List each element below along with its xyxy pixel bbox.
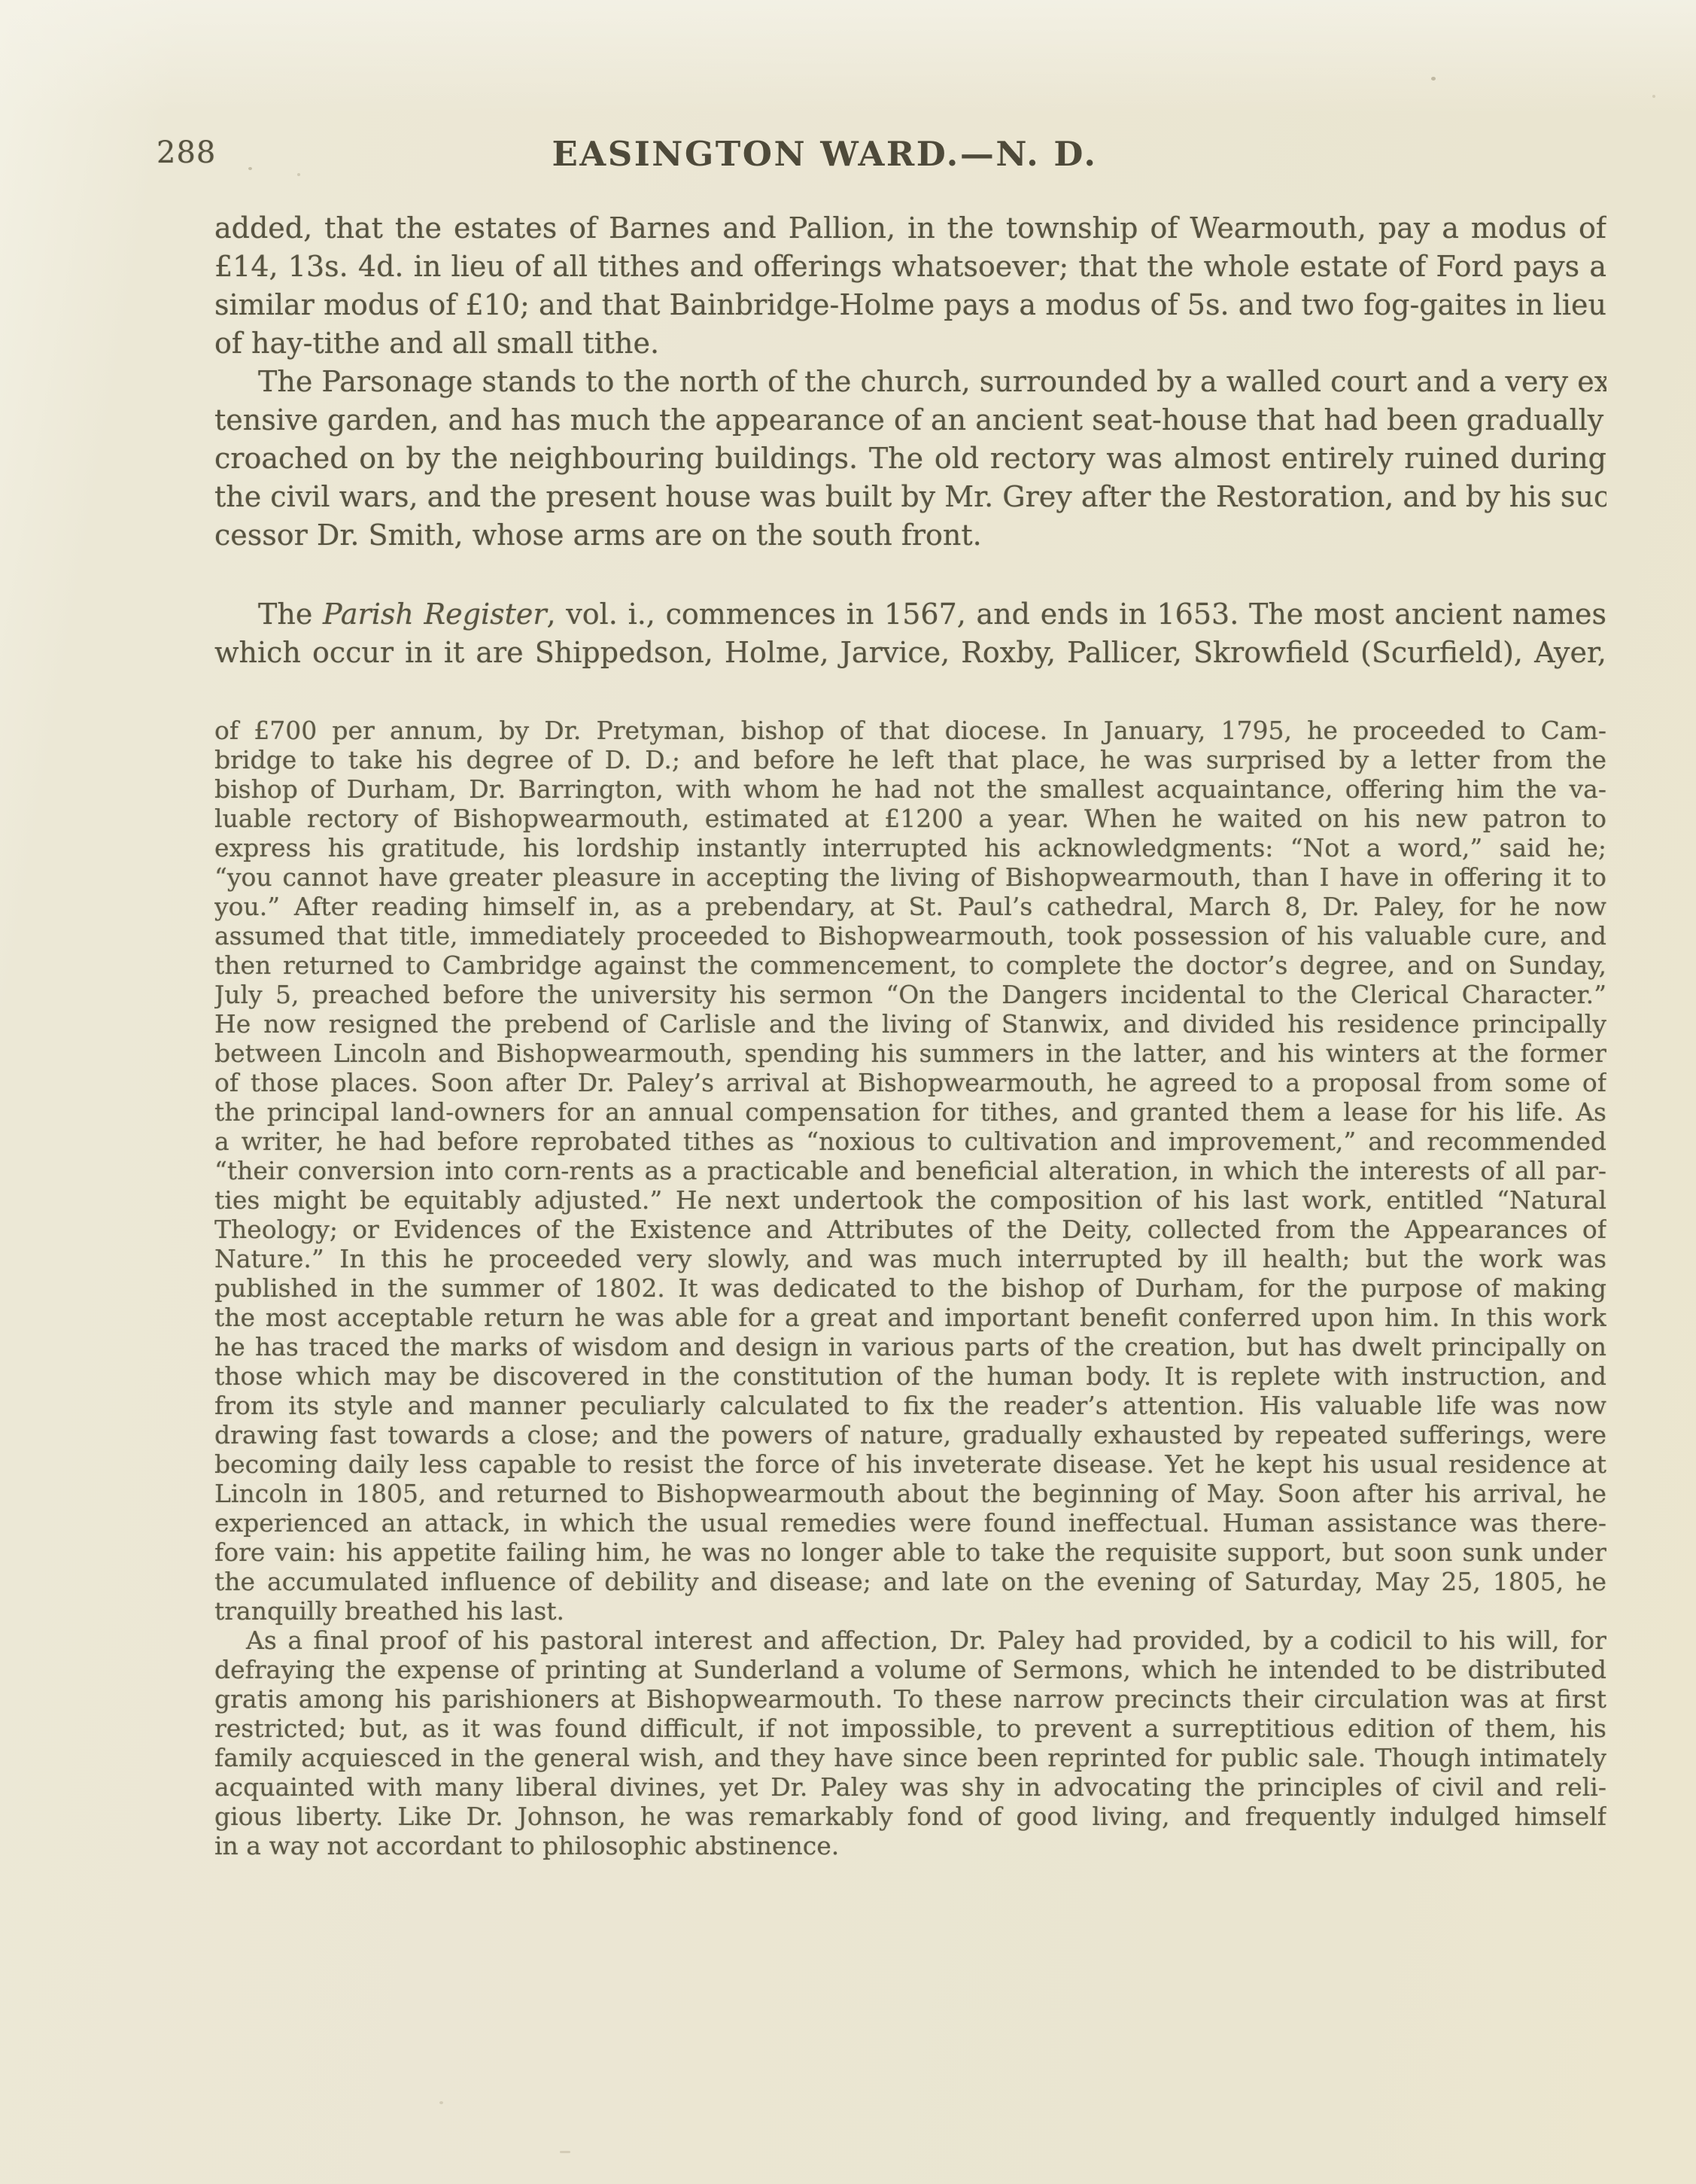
page-number: 288 — [157, 135, 216, 170]
text-line: Theology; or Evidences of the Existence … — [214, 1215, 1606, 1244]
text-line: of hay-tithe and all small tithe. — [214, 324, 1606, 363]
paper-speck — [1652, 95, 1655, 98]
text-line: He now resigned the prebend of Carlisle … — [214, 1009, 1606, 1039]
paragraph: added, that the estates of Barnes and Pa… — [214, 209, 1606, 363]
text-line: tensive garden, and has much the appeara… — [214, 401, 1606, 440]
text-line: “you cannot have greater pleasure in acc… — [214, 862, 1606, 892]
running-header: EASINGTON WARD.—N. D. — [552, 134, 1097, 174]
text-line: drawing fast towards a close; and the po… — [214, 1420, 1606, 1449]
text-line: restricted; but, as it was found difficu… — [214, 1714, 1606, 1743]
paragraph: of £700 per annum, by Dr. Pretyman, bish… — [214, 716, 1606, 1626]
text-line: of those places. Soon after Dr. Paley’s … — [214, 1068, 1606, 1097]
text-line: £14, 13s. 4d. in lieu of all tithes and … — [214, 248, 1606, 286]
text-line: As a final proof of his pastoral interes… — [214, 1626, 1606, 1655]
text-line: in a way not accordant to philosophic ab… — [214, 1831, 1606, 1860]
text-line: express his gratitude, his lordship inst… — [214, 833, 1606, 862]
text-line: bishop of Durham, Dr. Barrington, with w… — [214, 774, 1606, 804]
paper-speck — [560, 2151, 570, 2153]
text-line: Lincoln in 1805, and returned to Bishopw… — [214, 1479, 1606, 1508]
text-line: luable rectory of Bishopwearmouth, estim… — [214, 804, 1606, 833]
paper-speck — [248, 167, 252, 170]
text-line: fore vain: his appetite failing him, he … — [214, 1538, 1606, 1567]
text-line: he has traced the marks of wisdom and de… — [214, 1332, 1606, 1361]
text-line: assumed that title, immediately proceede… — [214, 921, 1606, 951]
text-line: the civil wars, and the present house wa… — [214, 478, 1606, 516]
text-line: acquainted with many liberal divines, ye… — [214, 1772, 1606, 1802]
text-line: the accumulated influence of debility an… — [214, 1567, 1606, 1596]
text-line: similar modus of £10; and that Bainbridg… — [214, 286, 1606, 324]
text-line: Nature.” In this he proceeded very slowl… — [214, 1244, 1606, 1273]
paper-speck — [297, 173, 300, 176]
text-line: ties might be equitably adjusted.” He ne… — [214, 1185, 1606, 1215]
text-line: from its style and manner peculiarly cal… — [214, 1391, 1606, 1420]
text-line: the most acceptable return he was able f… — [214, 1303, 1606, 1332]
paragraph: As a final proof of his pastoral interes… — [214, 1626, 1606, 1860]
paper-speck — [1431, 77, 1436, 81]
text-line: The Parish Register, vol. i., commences … — [214, 595, 1606, 634]
text-line: added, that the estates of Barnes and Pa… — [214, 209, 1606, 248]
text-line: “their conversion into corn-rents as a p… — [214, 1156, 1606, 1185]
text-line: you.” After reading himself in, as a pre… — [214, 892, 1606, 921]
text-line: family acquiesced in the general wish, a… — [214, 1743, 1606, 1772]
text-line: which occur in it are Shippedson, Holme,… — [214, 634, 1606, 672]
paragraph: The Parsonage stands to the north of the… — [214, 363, 1606, 555]
text-line: the principal land-owners for an annual … — [214, 1097, 1606, 1127]
text-line: gious liberty. Like Dr. Johnson, he was … — [214, 1802, 1606, 1831]
text-line: published in the summer of 1802. It was … — [214, 1273, 1606, 1303]
paper-speck — [439, 2101, 443, 2104]
text-line: The Parsonage stands to the north of the… — [214, 363, 1606, 401]
text-line: croached on by the neighbouring building… — [214, 440, 1606, 478]
text-line: bridge to take his degree of D. D.; and … — [214, 745, 1606, 774]
text-line: July 5, preached before the university h… — [214, 980, 1606, 1009]
text-line: cessor Dr. Smith, whose arms are on the … — [214, 516, 1606, 555]
book-page: 288 EASINGTON WARD.—N. D. added, that th… — [0, 0, 1696, 2184]
text-line: experienced an attack, in which the usua… — [214, 1508, 1606, 1538]
text-line: between Lincoln and Bishopwearmouth, spe… — [214, 1039, 1606, 1068]
footnote-text: of £700 per annum, by Dr. Pretyman, bish… — [214, 716, 1606, 1860]
text-line: a writer, he had before reprobated tithe… — [214, 1127, 1606, 1156]
text-line: gratis among his parishioners at Bishopw… — [214, 1684, 1606, 1714]
text-line: those which may be discovered in the con… — [214, 1361, 1606, 1391]
text-line: tranquilly breathed his last. — [214, 1596, 1606, 1626]
text-line: defraying the expense of printing at Sun… — [214, 1655, 1606, 1684]
text-line: becoming daily less capable to resist th… — [214, 1449, 1606, 1479]
body-text: added, that the estates of Barnes and Pa… — [214, 209, 1606, 672]
paragraph: The Parish Register, vol. i., commences … — [214, 595, 1606, 672]
text-line: of £700 per annum, by Dr. Pretyman, bish… — [214, 716, 1606, 745]
text-line: then returned to Cambridge against the c… — [214, 951, 1606, 980]
